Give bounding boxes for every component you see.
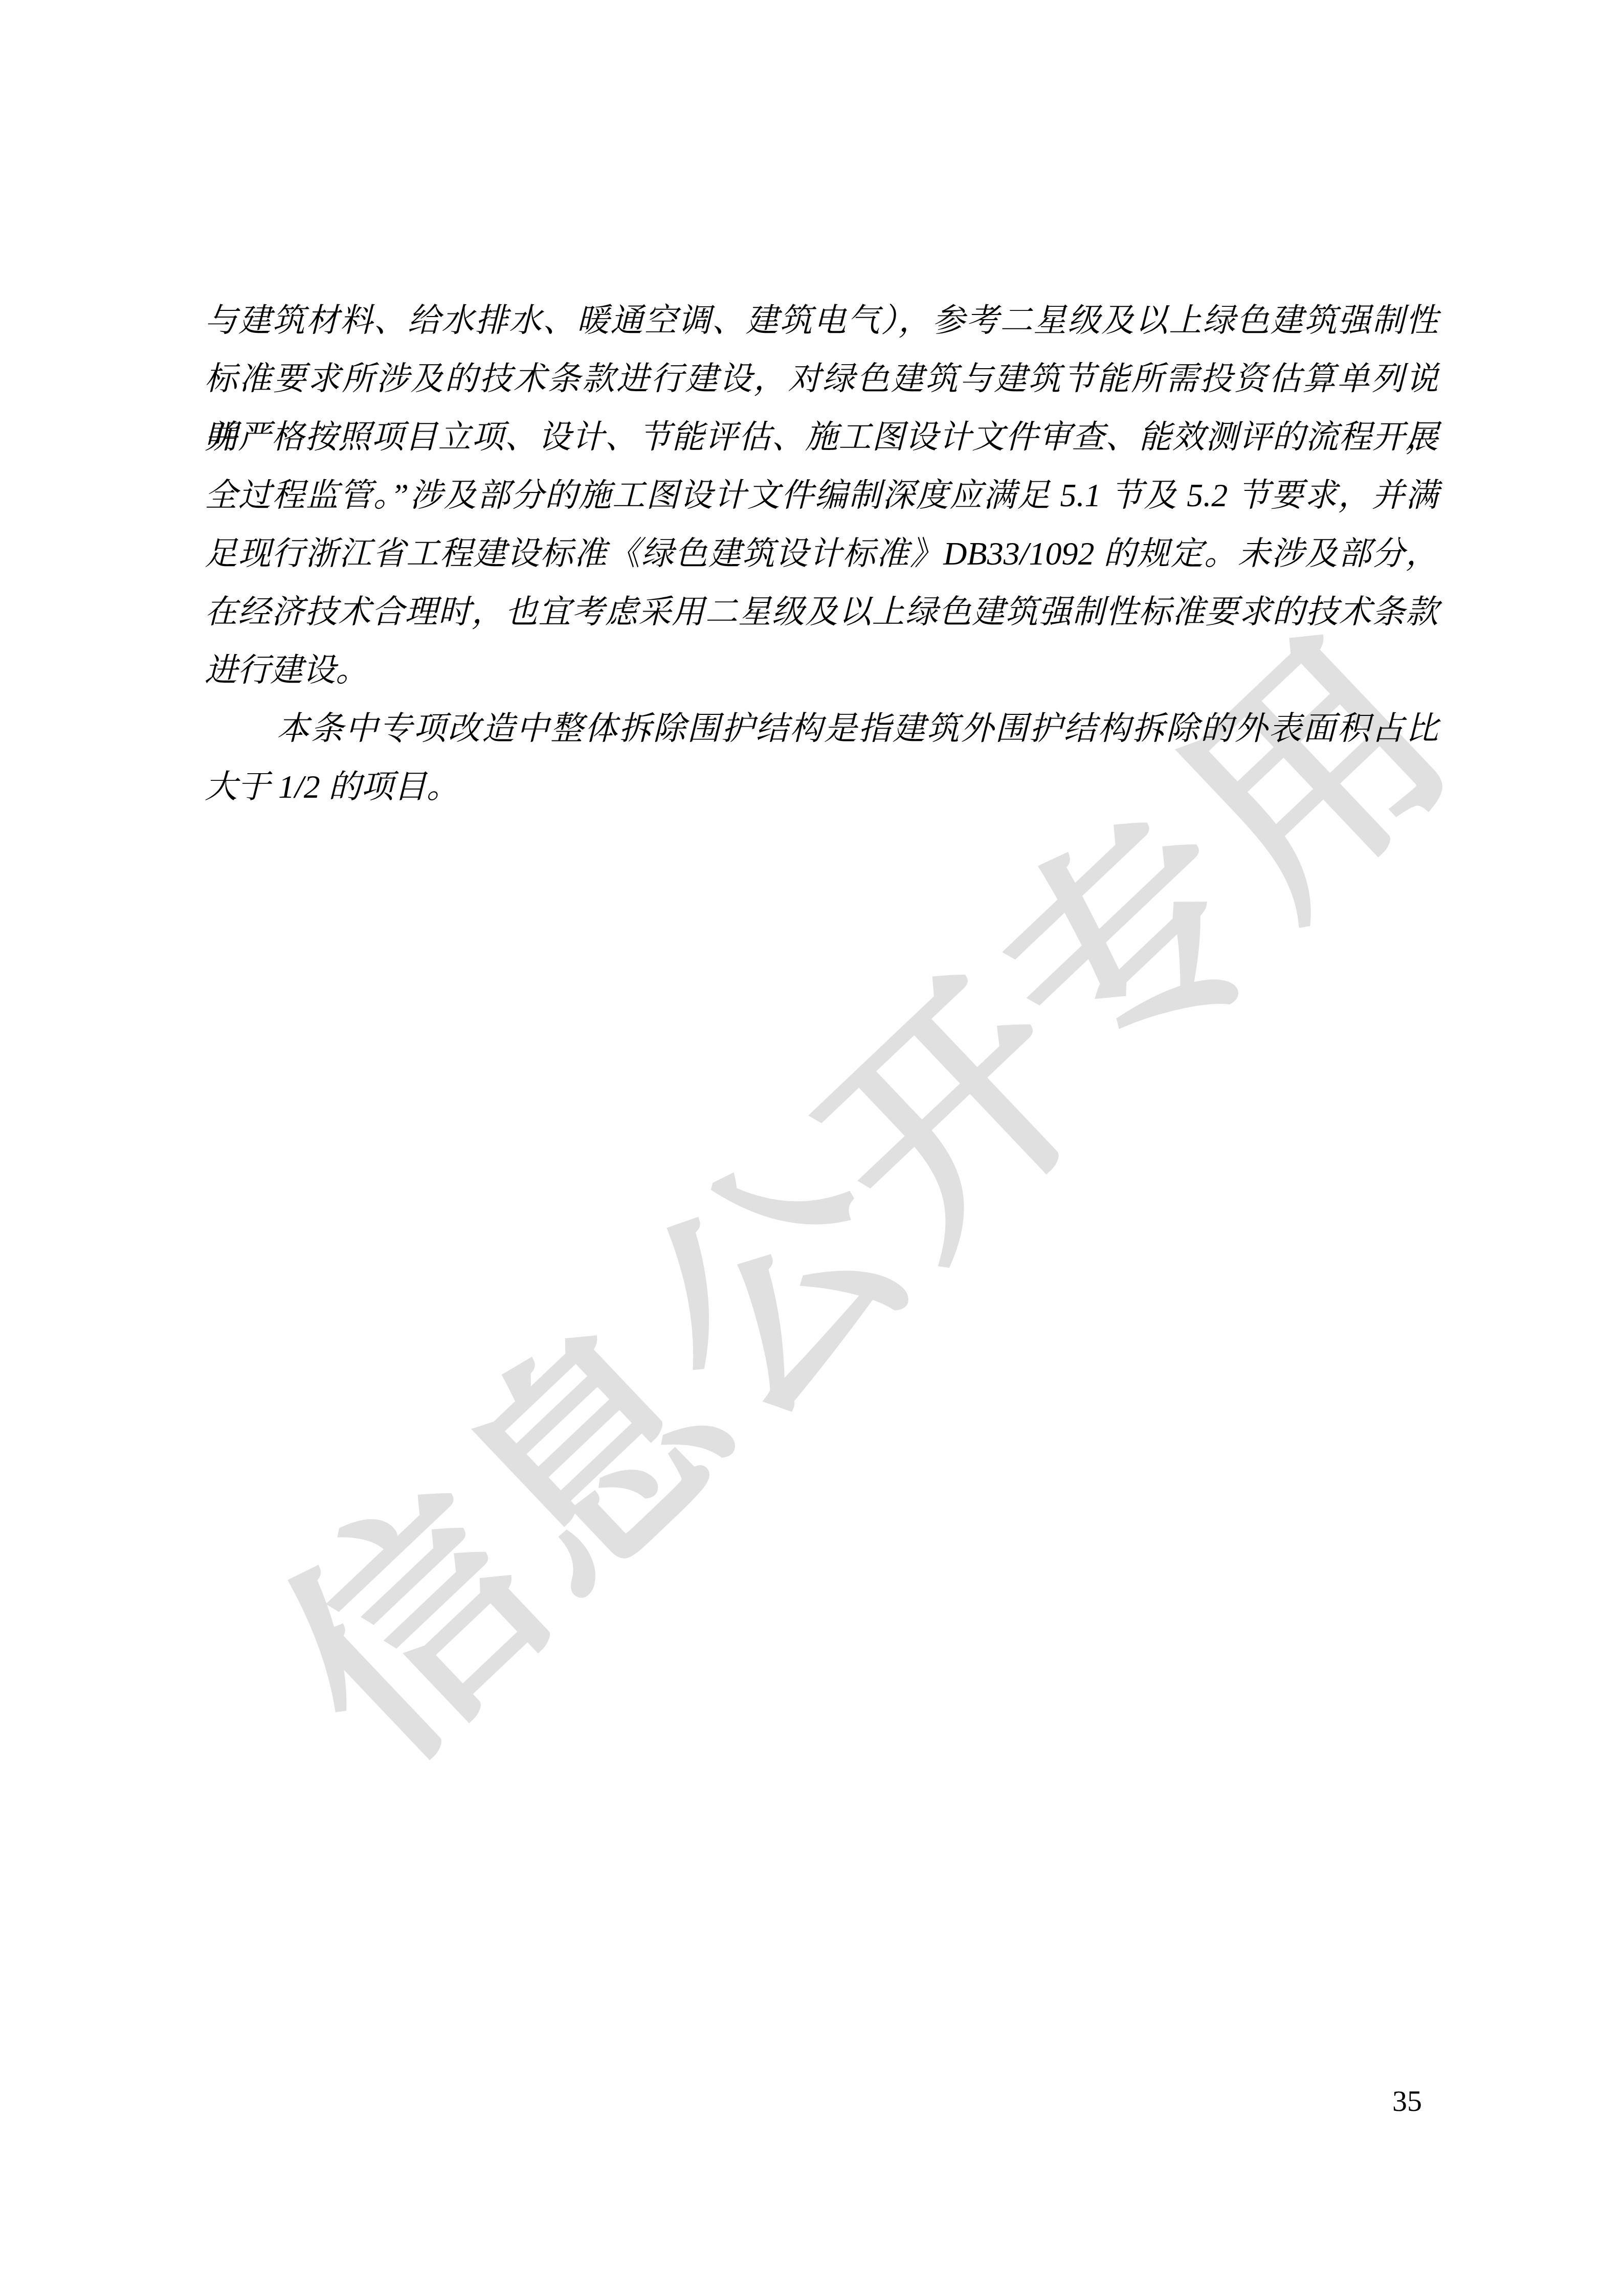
page-number: 35: [1392, 2086, 1422, 2116]
text-line paragraph-end: 大于 1/2 的项目。: [205, 758, 1438, 816]
text-line: 全过程监管。”涉及部分的施工图设计文件编制深度应满足 5.1 节及 5.2 节要…: [205, 466, 1438, 525]
text-line: 标准要求所涉及的技术条款进行建设，对绿色建筑与建筑节能所需投资估算单列说明，: [205, 350, 1438, 408]
text-line: 在经济技术合理时，也宜考虑采用二星级及以上绿色建筑强制性标准要求的技术条款: [205, 583, 1438, 641]
text-line paragraph-start: 本条中专项改造中整体拆除围护结构是指建筑外围护结构拆除的外表面积占比: [205, 700, 1438, 758]
text-line paragraph-end: 进行建设。: [205, 641, 1438, 700]
document-page: 信息公开专用 与建筑材料、给水排水、暖通空调、建筑电气），参考二星级及以上绿色建…: [0, 0, 1624, 2296]
text-line: 足现行浙江省工程建设标准《绿色建筑设计标准》DB33/1092 的规定。未涉及部…: [205, 525, 1438, 583]
text-line: 并严格按照项目立项、设计、节能评估、施工图设计文件审查、能效测评的流程开展: [205, 408, 1438, 466]
body-text: 与建筑材料、给水排水、暖通空调、建筑电气），参考二星级及以上绿色建筑强制性 标准…: [205, 291, 1438, 816]
text-line: 与建筑材料、给水排水、暖通空调、建筑电气），参考二星级及以上绿色建筑强制性: [205, 291, 1438, 350]
